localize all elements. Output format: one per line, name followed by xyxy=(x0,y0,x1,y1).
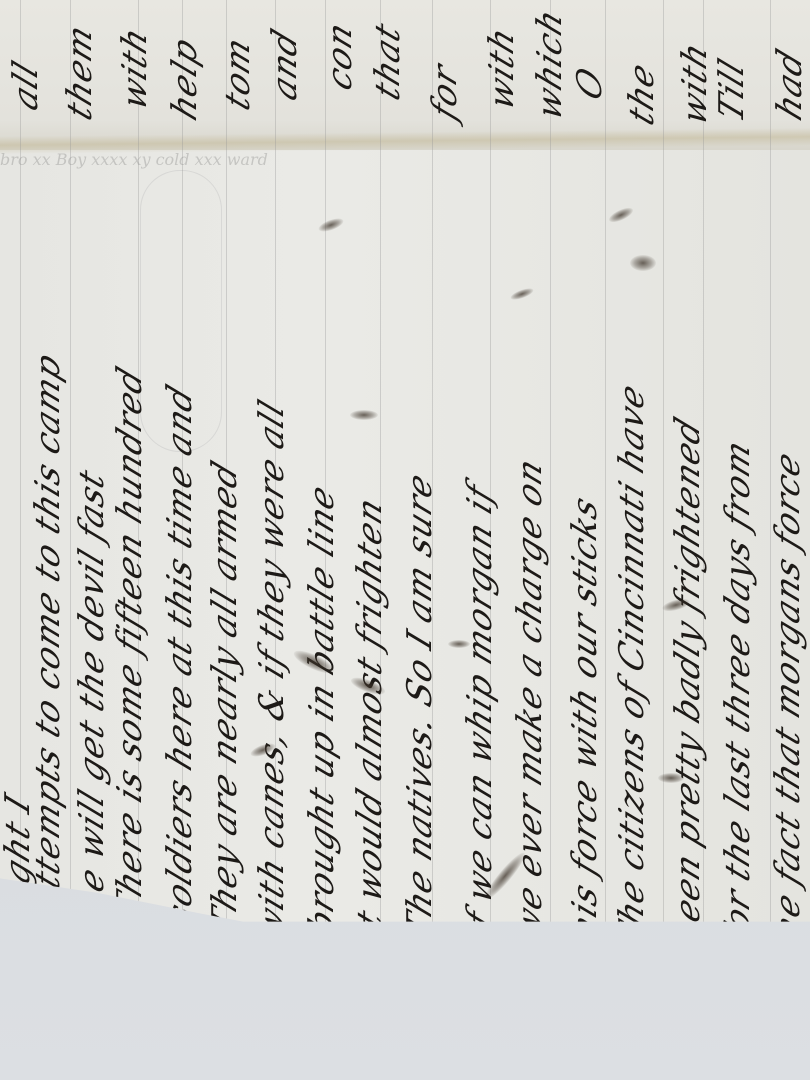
line-text: with canes, & if they were all xyxy=(252,394,292,946)
handwriting-line: the fact that morgans force xyxy=(768,0,810,960)
handwriting-line: been pretty badly frightened xyxy=(668,0,722,960)
handwriting-line: for the last three days from xyxy=(718,0,772,960)
ink-smudge xyxy=(658,773,684,783)
line-text: it would almost frighten xyxy=(350,491,390,946)
line-text: soldiers here at this time and xyxy=(160,379,200,932)
handwriting-line: if we can whip morgan if xyxy=(460,0,514,960)
letter-sheet: bro xx Boy xxxx xy cold xxx ward all the… xyxy=(0,0,810,960)
handwriting-line: with canes, & if they were all xyxy=(252,0,306,960)
line-text: the fact that morgans force xyxy=(768,445,808,961)
handwriting-line: The citizens of Cincinnati have xyxy=(612,0,666,960)
handwriting-line: brought up in battle line xyxy=(302,0,356,960)
line-text: been pretty badly frightened xyxy=(668,411,708,951)
line-text: brought up in battle line xyxy=(302,479,342,942)
ink-smudge xyxy=(448,640,470,648)
handwriting-line: There is some fifteen hundred xyxy=(110,0,164,960)
handwriting-line: The natives. So I am sure xyxy=(400,0,454,960)
line-text: There is some fifteen hundred xyxy=(110,361,150,927)
handwriting-line: we ever make a charge on xyxy=(510,0,564,960)
line-text: if we can whip morgan if xyxy=(460,478,500,946)
line-text: attempts to come to this camp xyxy=(28,347,68,916)
handwriting-line: his force with our sticks xyxy=(565,0,619,960)
line-text: The natives. So I am sure xyxy=(400,467,440,947)
line-text: he will get the devil fast xyxy=(72,463,112,921)
line-text: The citizens of Cincinnati have xyxy=(612,377,652,956)
line-text: for the last three days from xyxy=(718,433,758,951)
ink-smudge xyxy=(630,255,656,271)
line-text: They are nearly all armed xyxy=(205,455,245,941)
line-text: we ever make a charge on xyxy=(510,452,550,946)
line-text: his force with our sticks xyxy=(565,490,605,946)
handwriting-line: it would almost frighten xyxy=(350,0,404,960)
handwriting-line: They are nearly all armed xyxy=(205,0,259,960)
ink-smudge xyxy=(350,410,378,420)
